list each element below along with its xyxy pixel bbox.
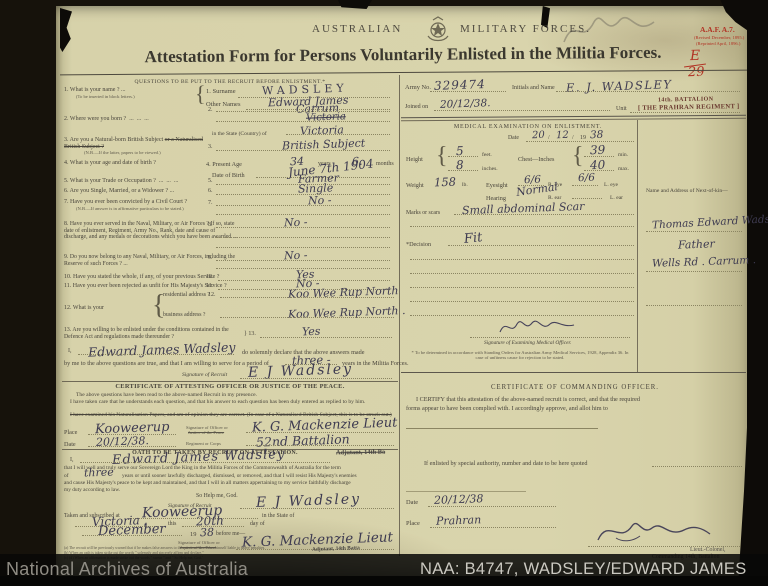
q1-surname-label: 1. Surname [206,88,236,95]
oath-line-c: and cause His Majesty's peace to be kept… [64,480,351,487]
next-of-kin-relation: Father [678,237,715,251]
q4-dob-label: Date of Birth [212,172,245,179]
hearing-label: Hearing [486,195,506,202]
q3-ans-no: 3. [208,144,213,151]
next-of-kin-label: Name and Address of Next-of-kin— [646,188,728,195]
min-label: min. [618,152,628,159]
attesting-line2: I have taken care that he understands ea… [70,399,400,405]
force-name-right: MILITARY FORCES. [460,26,591,33]
oath-term: three [84,465,114,479]
q4-months-label: months [376,161,394,168]
adjutant-stamp-1: Adjutant, 14th Ba [336,449,385,457]
rule [410,259,634,260]
military-crest-icon [424,16,452,44]
oath-pre: I, [70,457,74,464]
medical-date-month: 12 [556,130,569,141]
rule [454,214,634,215]
rule [216,237,390,238]
form-code-note2: (Reprinted April, 1896.) [696,40,740,47]
height-brace: { [436,143,448,170]
co-cert-body2: forms appear to have been complied with.… [406,405,608,412]
rule [526,141,634,142]
chest-label: Chest—Inches [518,156,554,163]
q2-state-value: Victoria [300,123,344,138]
rule [246,445,394,446]
rule [216,121,390,122]
battalion-stamp-line1: 14th. BATTALION [658,97,714,104]
form-code: A.A.F. A.7. [700,26,735,33]
joined-date-value: 20/12/38. [440,97,491,111]
max-label: max. [618,166,629,173]
q3-note: (N.B.—If the latter, papers to be viewed… [84,150,161,155]
co-rank: Lieut.-Colonel, [690,547,725,554]
medical-officer-signature [498,316,578,338]
medical-footnote: * To be determined in accordance with St… [408,350,632,361]
attesting-sig-label2: Justice of the Peace [188,430,224,435]
rule [216,227,390,228]
left-eye-label: L. eye [604,182,618,189]
rule [216,260,390,261]
oath-taken4: day of [250,521,265,528]
height-label: Height [406,156,423,163]
rule [646,271,742,272]
q8-ans-no: 8. [208,222,213,229]
q7-note: (N.B.—If answer is in affirmative partic… [76,206,184,211]
rule [216,194,390,195]
oath-taken5: 19 [190,531,196,538]
rule [78,354,234,355]
q5: 5. What is your Trade or Occupation ? ..… [64,178,178,185]
eyesight-left-value: 6/6 [578,172,595,185]
q12: 12. What is your [64,305,104,312]
rule [572,185,598,186]
oath-line-b1: of [64,473,69,480]
commanding-officer-signature [594,514,714,548]
rule [80,462,330,463]
attesting-regiment-label: Regiment or Corps [186,441,221,446]
q11-ans-no: 11. [206,283,213,290]
rule [410,287,634,288]
rule [448,245,634,246]
q5-ans-no: 5. [208,178,213,185]
q1: 1. What is your name ? ... [64,87,204,94]
rule [220,317,394,318]
eyesight-label: Eyesight [486,182,508,189]
section-rule [62,381,398,382]
q11: 11. Have you ever been rejected as unfit… [64,283,227,290]
q9-ans-no: 9. [208,255,213,262]
q13: 13. Are you willing to be enlisted under… [64,327,242,340]
medical-sig-label: Signature of Examining Medical Officer. [484,340,571,347]
rule [410,226,634,227]
rule [82,535,182,536]
attesting-cert-heading: CERTIFICATE OF ATTESTING OFFICER OR JUST… [72,383,388,390]
q12-residential-no: 12. [208,292,216,299]
q2-state-label: in the State (Country) of [212,131,267,138]
unit-label: Unit [616,106,627,113]
rule [88,446,176,447]
oath-line-d: my duty according to law. [64,487,120,494]
medical-box-right-border [637,120,638,372]
rule [556,91,740,92]
scanned-attestation-form: AUSTRALIAN MILITARY FORCES. A.A.F. A.7. … [0,0,768,586]
rule [216,205,390,206]
rule [410,273,634,274]
weight-value: 158 [434,175,456,190]
chest-brace: { [572,143,584,170]
red-registry-mark-bottom: 29 [688,65,705,81]
attesting-line1: The above questions have been read to th… [76,392,257,399]
q13-ans-no: } 13. [244,331,256,338]
joined-label: Joined on [405,104,428,111]
rule [572,198,602,199]
initials-label: Initials and Name [512,85,555,92]
rule [410,301,634,302]
rule [448,156,478,157]
inches-label: inches. [482,166,498,173]
co-date-label: Date [406,499,418,506]
rule [430,91,506,92]
medical-date-year: 38 [590,129,604,141]
rule [652,466,742,467]
army-no-label: Army No. [405,84,431,91]
co-cert-body1: I CERTIFY that this attestation of the a… [416,396,640,403]
q10: 10. Have you stated the whole, if any, o… [64,274,219,281]
declaration-sig-label: Signature of Recruit [182,372,227,379]
q6-ans-no: 6. [208,188,213,195]
rule [286,134,390,135]
medical-date-day: 20 [532,130,545,141]
decision-label: *Decision [406,241,431,248]
co-cert-heading: CERTIFICATE OF COMMANDING OFFICER. [430,384,720,391]
q4-age-label: 4. Present Age [206,161,242,168]
marks-label: Marks or scars [406,210,440,217]
q1-note: (To be inserted in block letters.) [76,94,135,99]
co-date-value: 20/12/38 [434,492,484,507]
force-name-left: AUSTRALIAN [312,26,402,33]
rule [630,112,740,113]
co-place-value: Prahran [436,513,482,528]
oath-taken-year: 38 [200,526,214,539]
medical-date-label: Date [508,135,519,142]
archive-name-text: National Archives of Australia [6,559,248,580]
weight-label: Weight [406,182,424,189]
q2: 2. Where were you born ? ... ... ... [64,116,149,123]
medical-box-bottom [401,372,746,373]
oath-taken2: in the State of [262,513,294,520]
rule [240,508,394,509]
q7: 7. Have you ever been convicted by a Civ… [64,199,187,206]
rule [260,337,392,338]
rule [220,297,394,298]
attesting-place-label: Place [64,429,77,436]
rule [584,170,614,171]
q7-ans-no: 7. [208,200,213,207]
rule [216,111,390,112]
rule [240,378,392,379]
left-ear-label: L. ear [610,195,623,202]
rule [216,150,390,151]
oath-taken3: this [168,521,176,528]
feet-label: feet. [482,152,492,159]
rule [646,305,742,306]
q2-ans-no: 2. [208,107,213,114]
oath-taken-month: December [98,522,166,539]
rule [428,506,556,507]
rule [130,518,258,519]
q6: 6. Are you Single, Married, or a Widower… [64,188,174,195]
q12-business-label: business address ? [163,312,206,319]
q12-residential-label: residential address ? [163,292,210,299]
allot-line [406,428,598,429]
archive-reference-text: NAA: B4747, WADSLEY/EDWARD JAMES [420,560,747,579]
rule [470,337,630,338]
co-place-label: Place [406,520,420,527]
rule [448,170,478,171]
oath-so-help: So Help me, God. [196,493,238,500]
q8: 8. Have you ever served in the Naval, Mi… [64,221,240,241]
rule [434,110,610,111]
rule [584,156,614,157]
rule [646,231,742,232]
oath-line-b2: years or until sooner lawfully discharge… [122,473,357,480]
rule [430,527,556,528]
q4: 4. What is your age and date of birth ? [64,160,156,167]
declaration-pre: I, [68,348,72,355]
declaration-body2: by me to the above questions are true, a… [64,360,269,367]
q10-ans-no: 10. [206,274,214,281]
q1-brace: { [195,81,206,107]
co-special-authority: If enlisted by special authority, number… [424,460,588,467]
lb-label: lb. [462,182,468,189]
red-registry-mark-top: E [690,48,701,64]
q3: 3. Are you a Natural-born British Subjec… [64,137,212,151]
attesting-date-label: Date [64,441,76,448]
